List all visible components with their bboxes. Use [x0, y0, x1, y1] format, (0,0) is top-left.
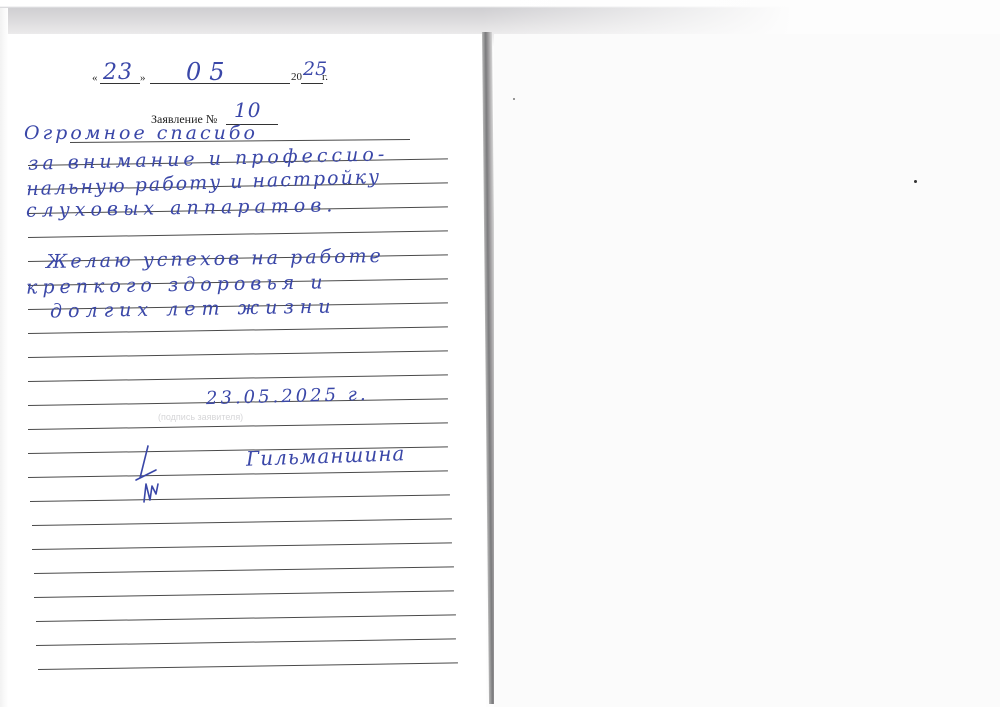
- faint-print-caption: (подпись заявителя): [158, 412, 243, 422]
- year-prefix: 20: [291, 71, 302, 83]
- scan-left-edge: [0, 8, 8, 707]
- application-number: 10: [234, 98, 261, 122]
- ruled-line: [36, 638, 456, 646]
- facing-blank-page: [494, 34, 1000, 707]
- header-month: 05: [186, 58, 233, 86]
- ruled-line: [32, 542, 452, 550]
- scan-speck: [914, 180, 917, 183]
- body-line-6: крепкого здоровья и: [26, 271, 328, 298]
- signature-mark-icon: [126, 444, 172, 504]
- ruled-line: [28, 470, 448, 478]
- ruled-line: [38, 662, 458, 670]
- ruled-line: [28, 326, 448, 334]
- ruled-line: [28, 374, 448, 382]
- notebook-page: « 23 » 05 20 25 г. Заявление № 10: [8, 34, 486, 707]
- body-line-4: слуховых аппаратов.: [26, 194, 338, 221]
- ruled-line: [34, 566, 454, 574]
- ruled-line: [34, 590, 454, 598]
- ruled-line: [28, 350, 448, 358]
- scanned-document: « 23 » 05 20 25 г. Заявление № 10: [0, 0, 1000, 707]
- body-line-7: долгих лет жизни: [50, 296, 337, 323]
- header-day: 23: [103, 60, 133, 85]
- ruled-line: [36, 614, 456, 622]
- body-line-5: Желаю успехов на работе: [46, 245, 384, 273]
- body-line-1: Огромное спасибо: [24, 122, 258, 144]
- ruled-line: [28, 422, 448, 430]
- signed-date: 23.05.2025 г.: [206, 384, 369, 409]
- quote-close: »: [140, 72, 146, 84]
- ruled-line: [28, 230, 448, 238]
- day-underline: [100, 83, 140, 84]
- ruled-line: [30, 494, 450, 502]
- quote-open: «: [92, 72, 98, 84]
- signature-name: Гильманшина: [246, 441, 406, 471]
- year-underline: [301, 83, 323, 84]
- ruled-line: [32, 518, 452, 526]
- year-abbrev: г.: [322, 71, 328, 83]
- scan-speck: [513, 98, 515, 100]
